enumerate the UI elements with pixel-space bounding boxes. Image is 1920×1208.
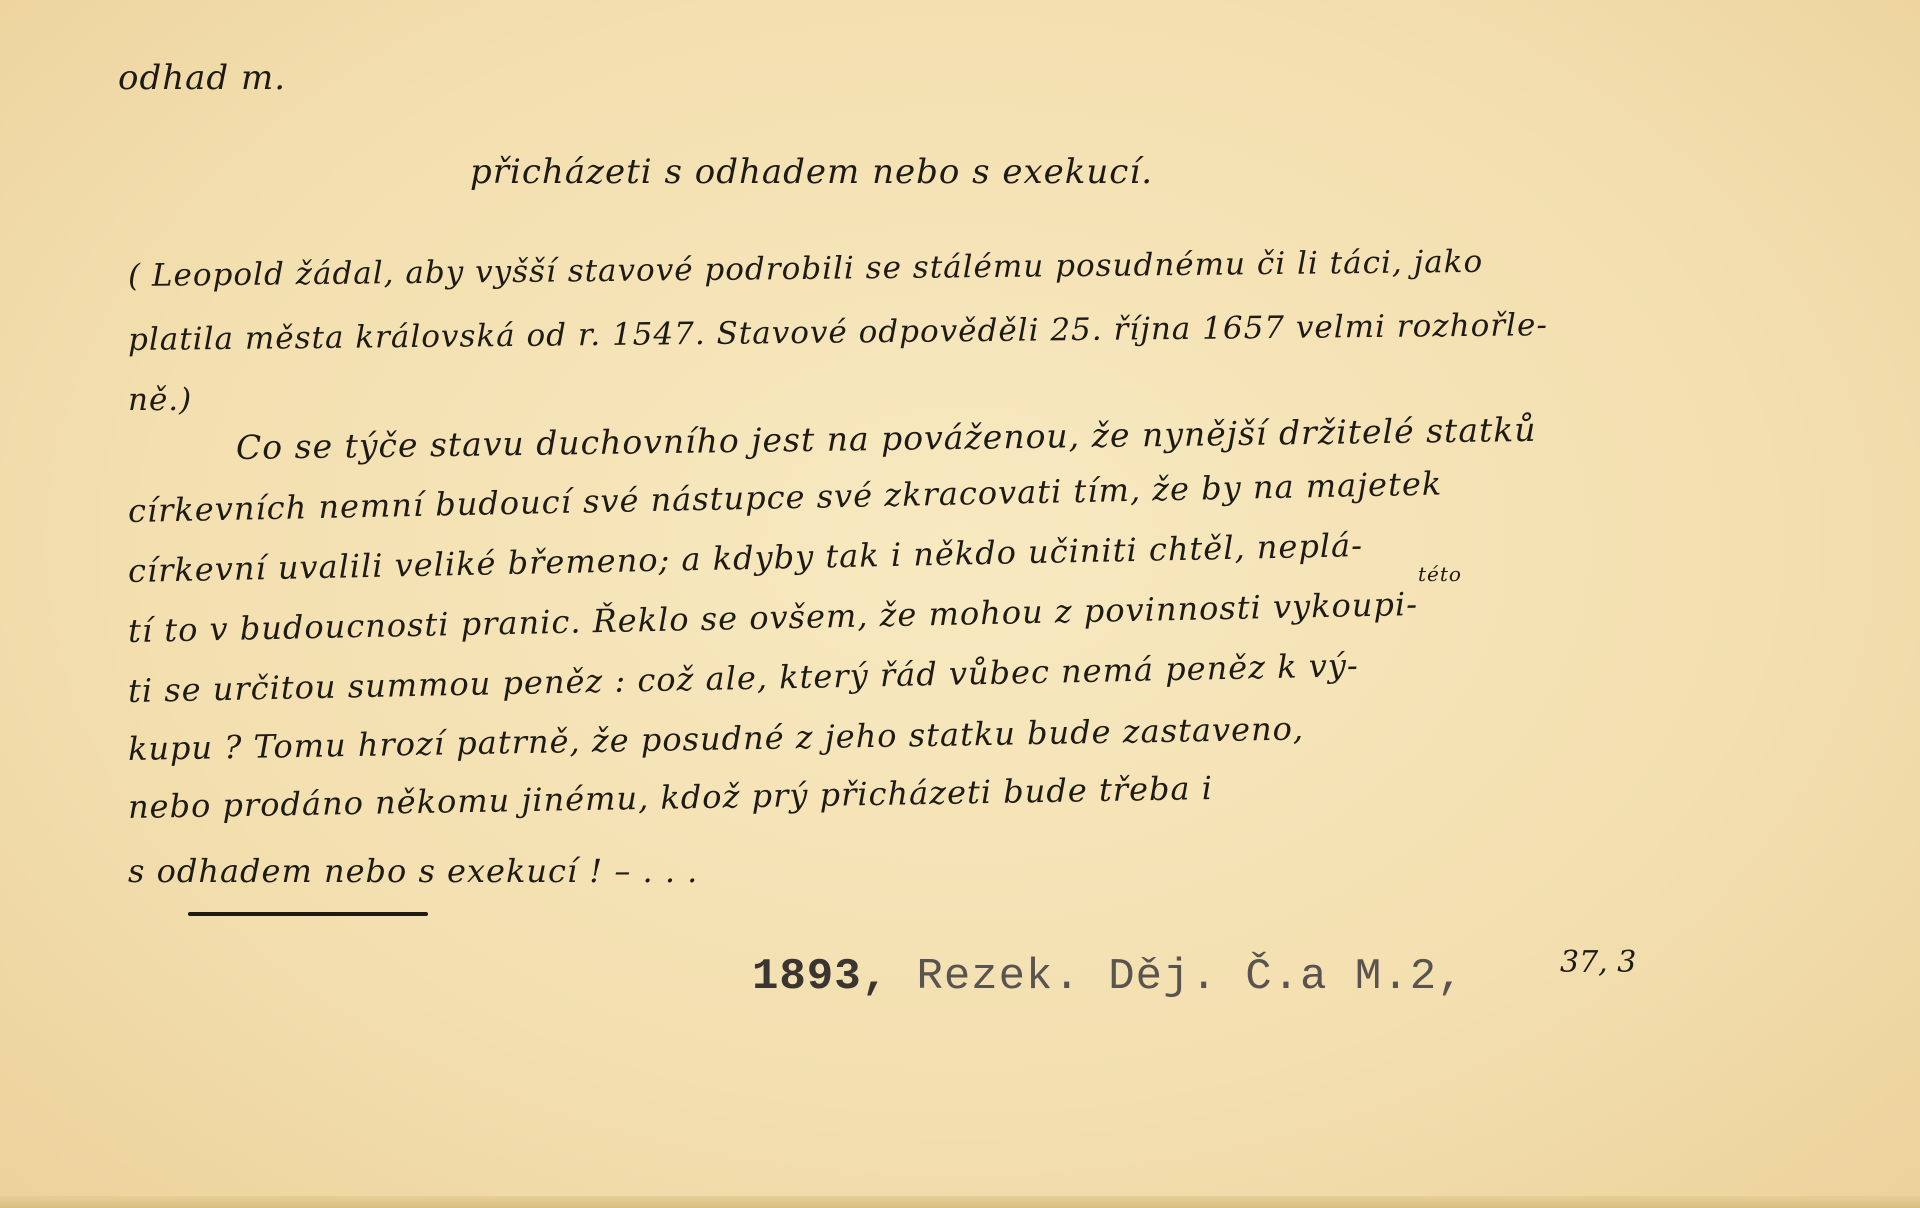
- paragraph-line-11: s odhadem nebo s exekucí ! – . . .: [128, 852, 698, 890]
- citation-year: 1893,: [752, 952, 889, 1002]
- interlinear-insert: této: [1418, 562, 1462, 586]
- citation-source: Rezek. Děj. Č.a M.2,: [916, 952, 1464, 1002]
- underline-mark: [188, 912, 428, 916]
- header-note: odhad m.: [118, 58, 286, 98]
- paragraph-line-8: ti se určitou summou peněz : což ale, kt…: [128, 646, 1359, 710]
- paragraph-line-6: církevní uvalili veliké břemeno; a kdyby…: [128, 526, 1364, 590]
- heading-phrase: přicházeti s odhadem nebo s exekucí.: [470, 152, 1153, 192]
- index-card: odhad m. přicházeti s odhadem nebo s exe…: [0, 0, 1920, 1208]
- paragraph-line-10: nebo prodáno někomu jinému, kdož prý při…: [128, 769, 1214, 826]
- paragraph-line-3: ně.): [128, 382, 192, 418]
- paragraph-line-9: kupu ? Tomu hrozí patrně, že posudné z j…: [128, 709, 1305, 768]
- citation: 1893, Rezek. Děj. Č.a M.2,: [752, 952, 1465, 1002]
- paragraph-line-7: tí to v budoucnosti pranic. Řeklo se ovš…: [128, 585, 1419, 650]
- paragraph-line-5: církevních nemní budoucí své nástupce sv…: [128, 464, 1443, 530]
- paragraph-line-4: Co se týče stavu duchovního jest na pová…: [236, 410, 1537, 467]
- paragraph-line-1: ( Leopold žádal, aby vyšší stavové podro…: [128, 244, 1484, 294]
- citation-page-ref: 37, 3: [1560, 945, 1636, 980]
- card-edge: [0, 1196, 1920, 1208]
- paragraph-line-2: platila města královská od r. 1547. Stav…: [128, 307, 1548, 358]
